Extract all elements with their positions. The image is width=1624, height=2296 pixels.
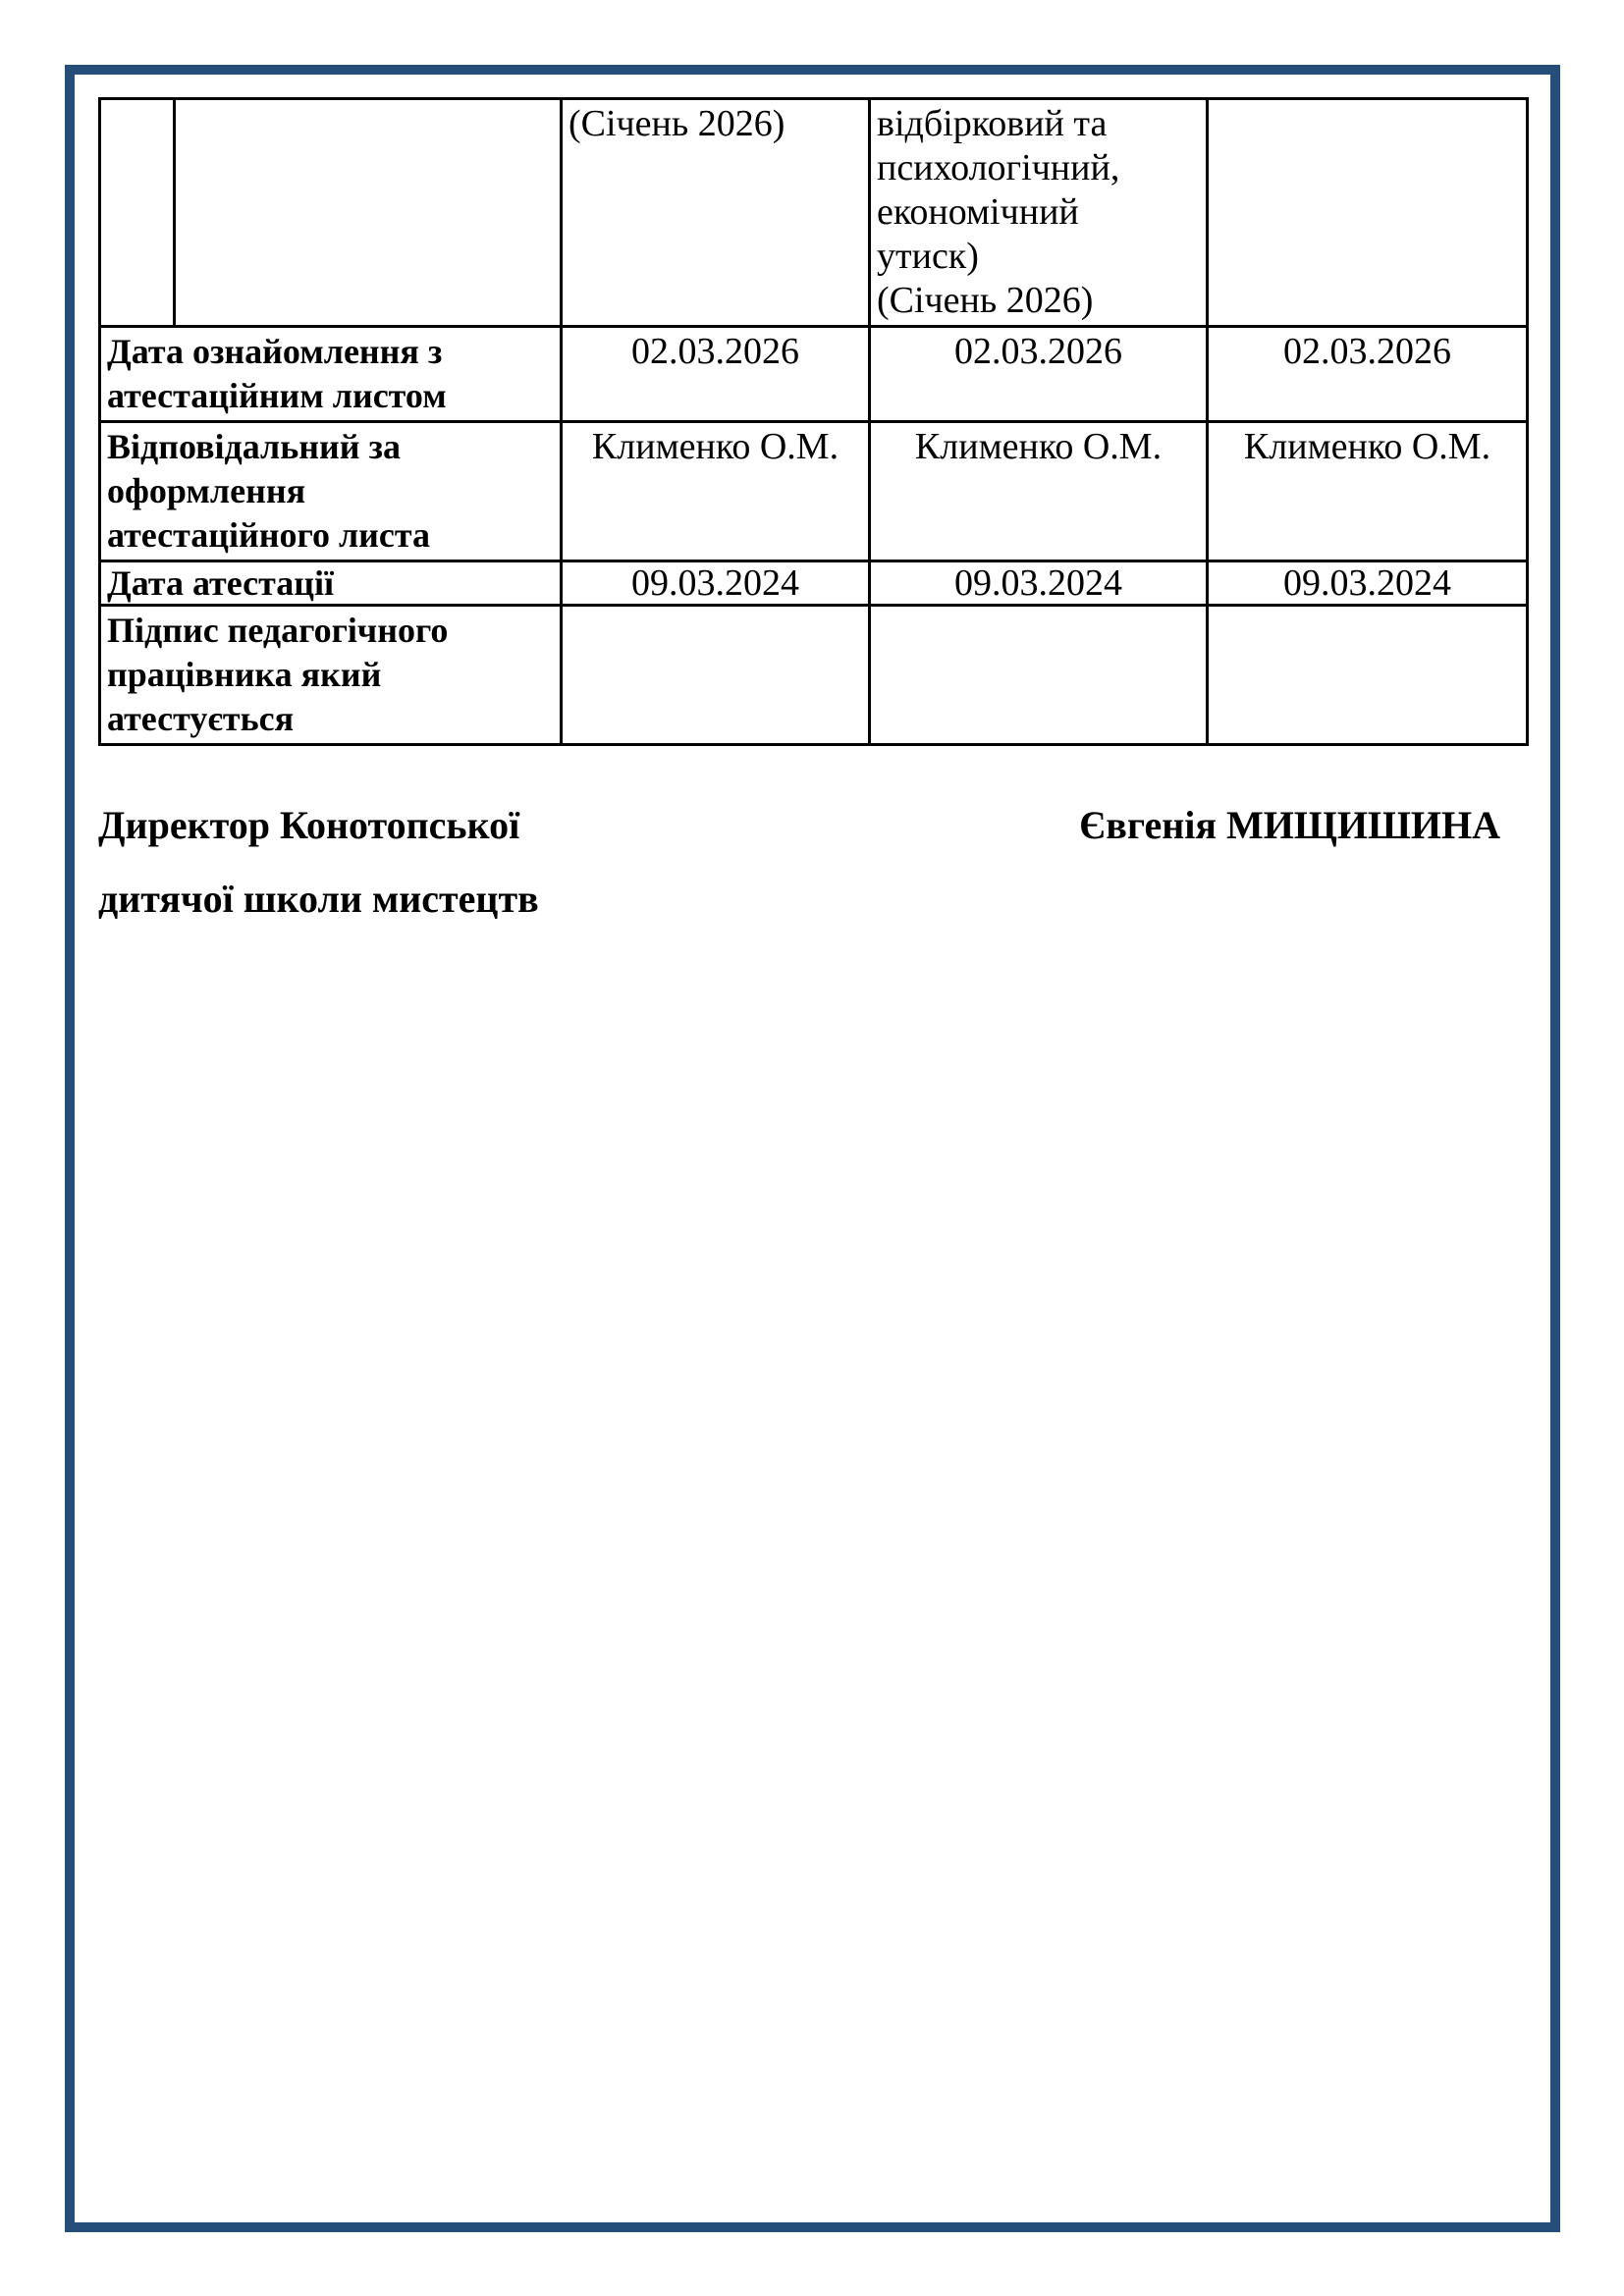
document-page: (Січень 2026) відбірковий та психологічн…: [0, 0, 1624, 2296]
continuation-cell-4-line: економічний: [877, 190, 1200, 235]
attestation-date-value-2: 09.03.2024: [870, 561, 1208, 606]
continuation-cell-1: [100, 99, 175, 327]
row-label-line: атестується: [107, 697, 554, 741]
row-label-teacher-signature: Підпис педагогічного працівника який ате…: [100, 606, 562, 745]
row-label-attestation-date: Дата атестації: [100, 561, 562, 606]
responsible-person-value-1: Клименко О.М.: [562, 422, 870, 561]
teacher-signature-value-1: [562, 606, 870, 745]
familiarization-date-value-3: 02.03.2026: [1208, 327, 1528, 422]
continuation-row: (Січень 2026) відбірковий та психологічн…: [100, 99, 1528, 327]
signature-name: Євгенія МИЩИШИНА: [1079, 803, 1500, 848]
continuation-cell-2: [175, 99, 562, 327]
responsible-person-value-2: Клименко О.М.: [870, 422, 1208, 561]
teacher-signature-value-2: [870, 606, 1208, 745]
attestation-date-value-3: 09.03.2024: [1208, 561, 1528, 606]
row-label-familiarization-date: Дата ознайомлення з атестаційним листом: [100, 327, 562, 422]
row-label-line: атестаційного листа: [107, 513, 554, 558]
teacher-signature-value-3: [1208, 606, 1528, 745]
row-label-line: Дата атестації: [107, 564, 554, 602]
signature-role-line-1: Директор Конотопської: [98, 803, 519, 848]
row-label-line: оформлення: [107, 469, 554, 513]
continuation-cell-5: [1208, 99, 1528, 327]
continuation-cell-4-line: відбірковий та: [877, 102, 1200, 146]
continuation-cell-4-line: (Січень 2026): [877, 279, 1200, 323]
table-row-teacher-signature: Підпис педагогічного працівника який ате…: [100, 606, 1528, 745]
familiarization-date-value-2: 02.03.2026: [870, 327, 1208, 422]
row-label-responsible-person: Відповідальний за оформлення атестаційно…: [100, 422, 562, 561]
table-row-familiarization-date: Дата ознайомлення з атестаційним листом …: [100, 327, 1528, 422]
continuation-cell-4-line: утиск): [877, 235, 1200, 279]
signature-role-line-2: дитячої школи мистецтв: [98, 877, 539, 922]
table-row-attestation-date: Дата атестації 09.03.2024 09.03.2024 09.…: [100, 561, 1528, 606]
attestation-table: (Січень 2026) відбірковий та психологічн…: [98, 97, 1529, 746]
continuation-cell-4-line: психологічний,: [877, 146, 1200, 190]
responsible-person-value-3: Клименко О.М.: [1208, 422, 1528, 561]
familiarization-date-value-1: 02.03.2026: [562, 327, 870, 422]
table-row-responsible-person: Відповідальний за оформлення атестаційно…: [100, 422, 1528, 561]
row-label-line: Дата ознайомлення з: [107, 330, 554, 374]
row-label-line: Відповідальний за: [107, 425, 554, 469]
row-label-line: атестаційним листом: [107, 374, 554, 418]
row-label-line: працівника який: [107, 653, 554, 697]
row-label-line: Підпис педагогічного: [107, 609, 554, 653]
continuation-cell-4: відбірковий та психологічний, економічни…: [870, 99, 1208, 327]
attestation-date-value-1: 09.03.2024: [562, 561, 870, 606]
continuation-cell-3: (Січень 2026): [562, 99, 870, 327]
